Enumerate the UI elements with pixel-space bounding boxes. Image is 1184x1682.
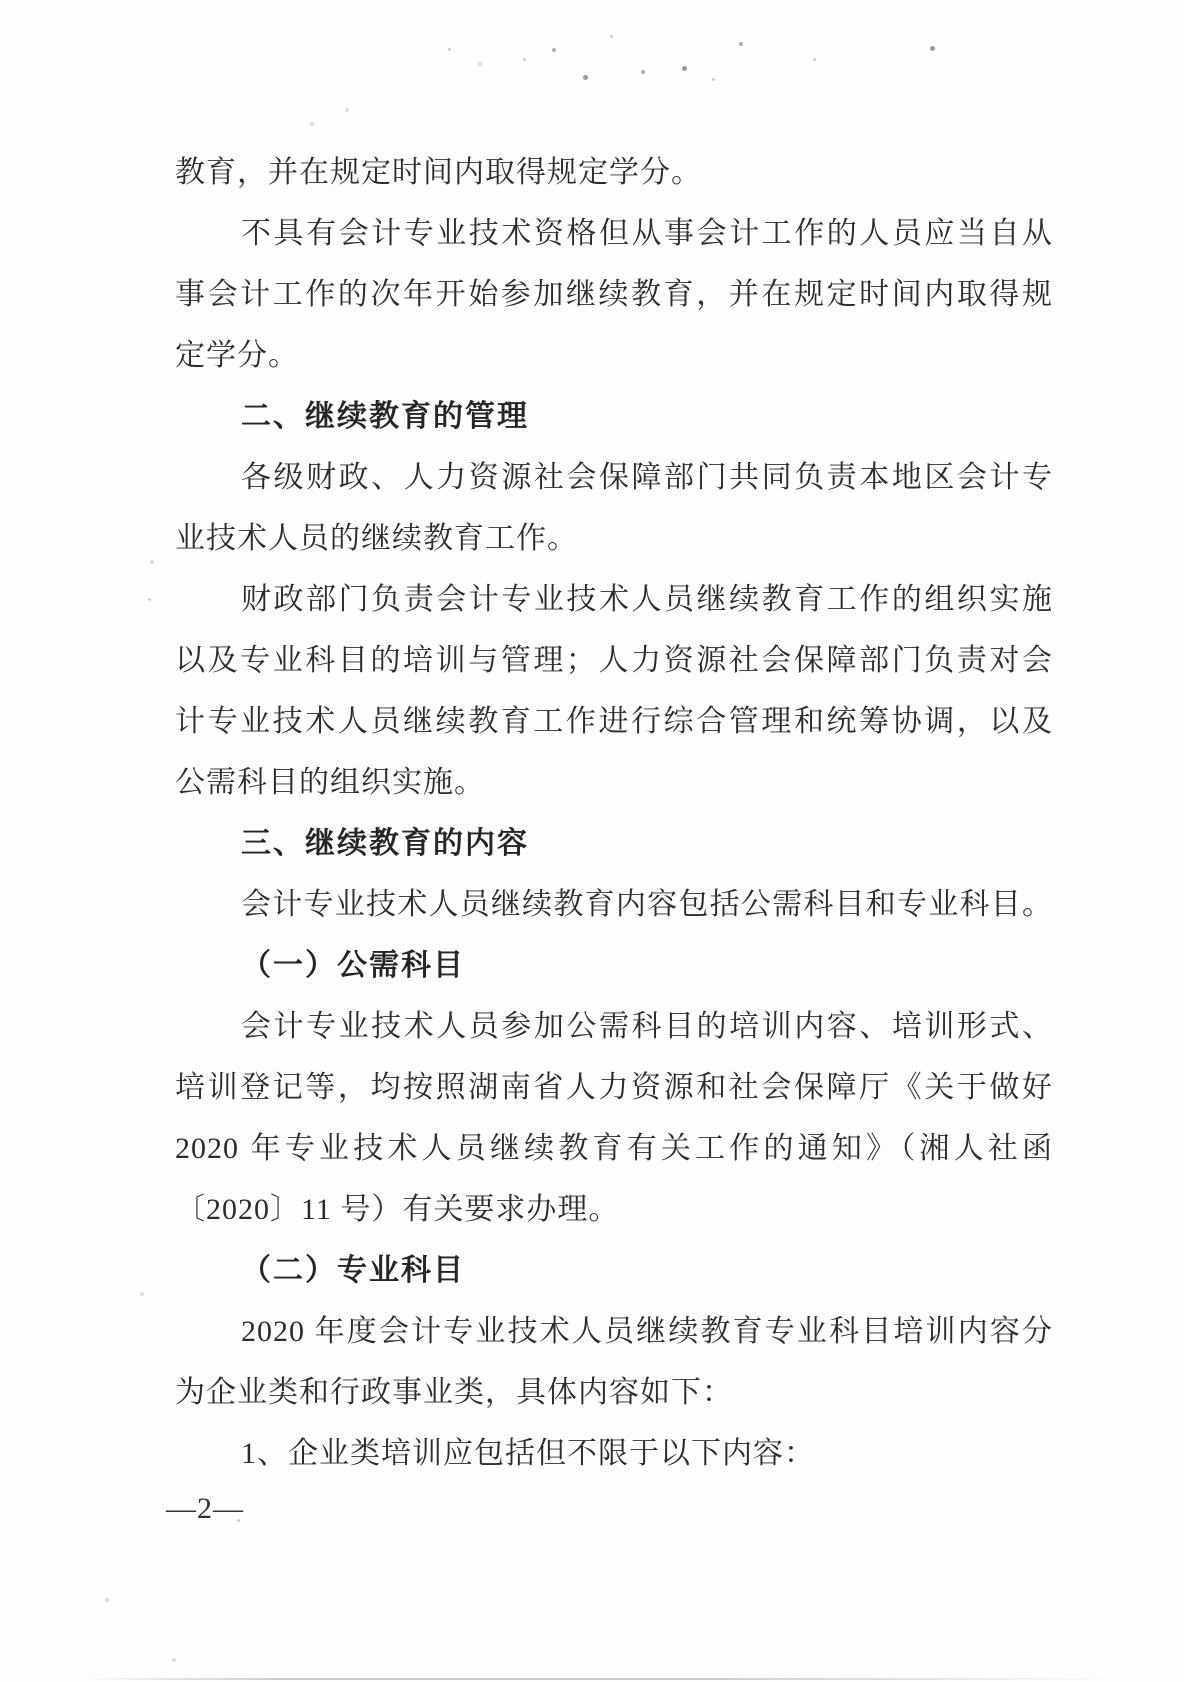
body-line: 教育，并在规定时间内取得规定学分。: [175, 142, 1053, 203]
scan-speck: [930, 46, 935, 51]
scan-speck: [105, 1598, 109, 1602]
scan-speck: [523, 58, 526, 61]
body-line: 2020 年度会计专业技术人员继续教育专业科目培训内容分: [175, 1301, 1053, 1362]
scan-speck: [172, 1658, 176, 1662]
body-line: 事会计工作的次年开始参加继续教育，并在规定时间内取得规: [175, 264, 1053, 325]
scan-speck: [583, 75, 588, 80]
scan-speck: [478, 62, 482, 66]
page-number: —2—: [166, 1492, 244, 1526]
scan-speck: [310, 122, 314, 126]
scan-speck: [448, 48, 451, 51]
body-line: 业技术人员的继续教育工作。: [175, 508, 1053, 569]
body-line: 〔2020〕11 号）有关要求办理。: [175, 1179, 1053, 1240]
body-line: 为企业类和行政事业类，具体内容如下：: [175, 1362, 1053, 1423]
scan-speck: [140, 1292, 144, 1296]
text-block: 教育，并在规定时间内取得规定学分。 不具有会计专业技术资格但从事会计工作的人员应…: [175, 142, 1053, 1484]
body-line: 各级财政、人力资源社会保障部门共同负责本地区会计专: [175, 447, 1053, 508]
scan-speck: [682, 66, 687, 71]
body-line: 定学分。: [175, 325, 1053, 386]
document-page: 教育，并在规定时间内取得规定学分。 不具有会计专业技术资格但从事会计工作的人员应…: [0, 0, 1184, 1682]
body-line: 不具有会计专业技术资格但从事会计工作的人员应当自从: [175, 203, 1053, 264]
section-heading: 二、继续教育的管理: [175, 386, 1053, 447]
scan-edge-artifact: [80, 1678, 1114, 1680]
subsection-heading: （二）专业科目: [175, 1240, 1053, 1301]
body-line: 会计专业技术人员继续教育内容包括公需科目和专业科目。: [175, 874, 1053, 935]
scan-speck: [148, 598, 151, 601]
body-line: 2020 年专业技术人员继续教育有关工作的通知》（湘人社函: [175, 1118, 1053, 1179]
scan-speck: [552, 48, 556, 52]
subsection-heading: （一）公需科目: [175, 935, 1053, 996]
scan-speck: [610, 35, 613, 38]
scan-speck: [345, 108, 349, 112]
scan-speck: [813, 58, 816, 61]
body-line: 培训登记等，均按照湖南省人力资源和社会保障厅《关于做好: [175, 1057, 1053, 1118]
body-line: 计专业技术人员继续教育工作进行综合管理和统筹协调，以及: [175, 691, 1053, 752]
scan-speck: [641, 70, 645, 74]
body-line: 财政部门负责会计专业技术人员继续教育工作的组织实施: [175, 569, 1053, 630]
scan-speck: [739, 42, 743, 46]
body-line: 公需科目的组织实施。: [175, 752, 1053, 813]
scan-speck: [712, 78, 715, 81]
scan-speck: [150, 560, 154, 564]
body-line: 1、企业类培训应包括但不限于以下内容：: [175, 1423, 1053, 1484]
section-heading: 三、继续教育的内容: [175, 813, 1053, 874]
body-line: 会计专业技术人员参加公需科目的培训内容、培训形式、: [175, 996, 1053, 1057]
body-line: 以及专业科目的培训与管理；人力资源社会保障部门负责对会: [175, 630, 1053, 691]
